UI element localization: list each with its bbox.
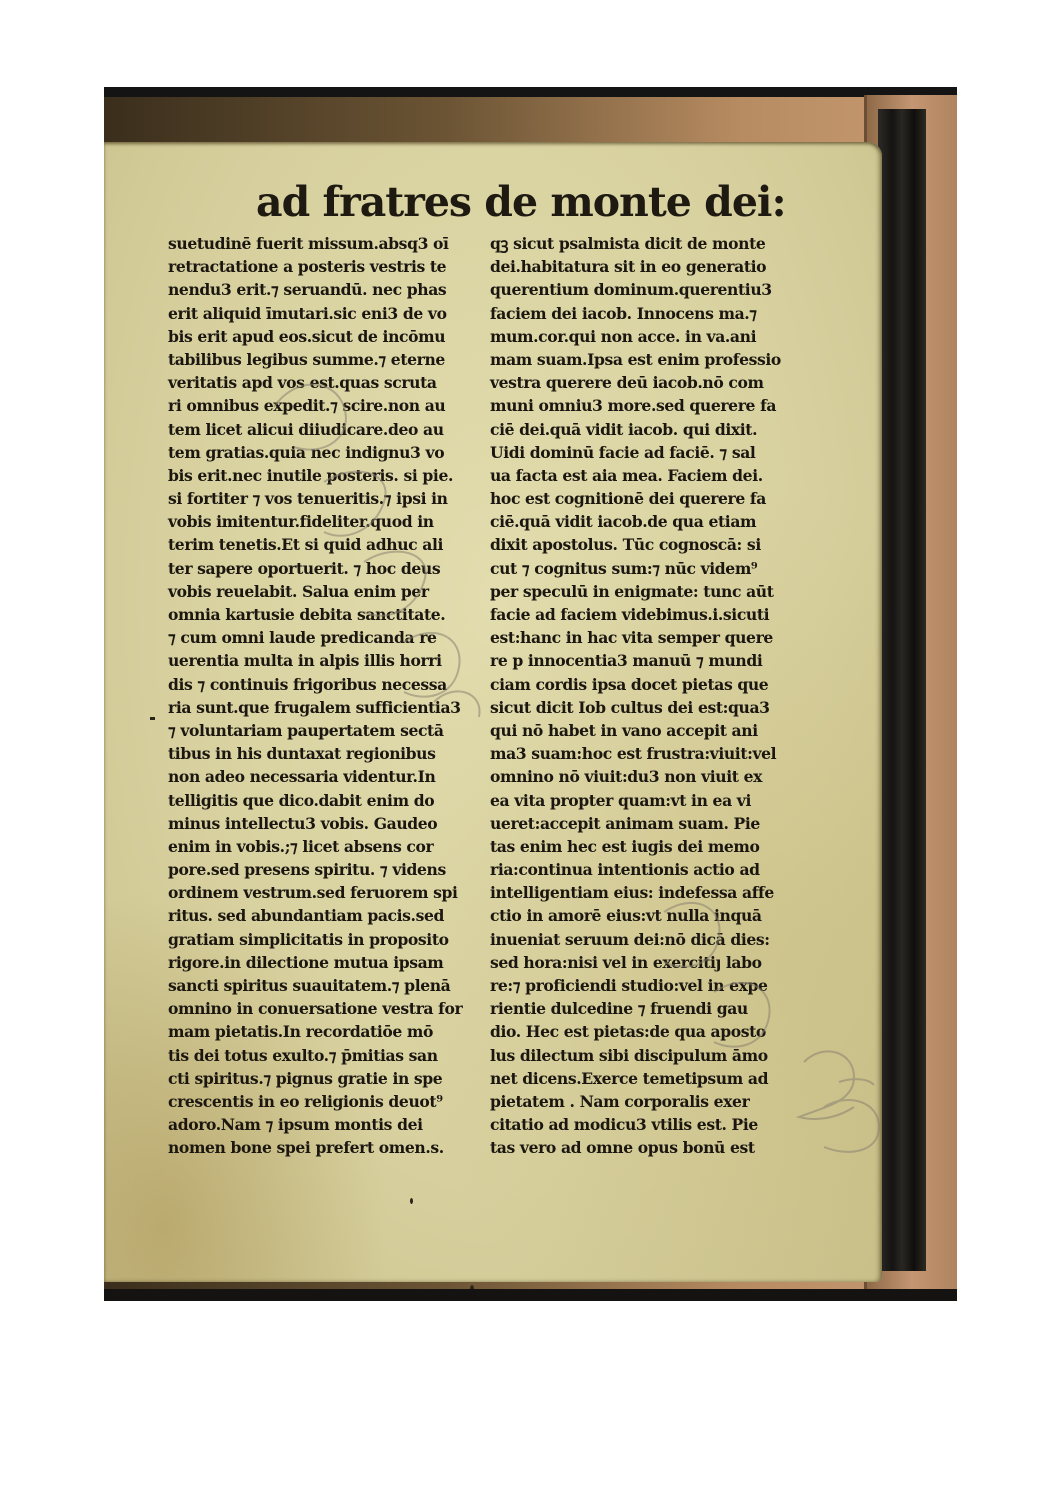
text-line: nendu3 erit.⁊ seruandū. nec phas (168, 278, 486, 301)
text-line: mam pietatis.In recordatiōe mō (168, 1020, 486, 1043)
text-line: dis ⁊ continuis frigoribus necessa (168, 673, 486, 696)
text-line: cut ⁊ cognitus sum:⁊ nūc videm⁹ (490, 557, 830, 580)
text-column-right: qꝫ sicut psalmista dicit de montedei.hab… (490, 232, 830, 1160)
text-line: re p innocentia3 manuū ⁊ mundi (490, 649, 830, 672)
text-line: mum.cor.qui non acce. in va.ani (490, 325, 830, 348)
text-line: tis dei totus exulto.⁊ p̄mitias san (168, 1044, 486, 1067)
text-line: ua facta est aia mea. Faciem dei. (490, 464, 830, 487)
text-line: si fortiter ⁊ vos tenueritis.⁊ ipsi in (168, 487, 486, 510)
text-line: rigore.in dilectione mutua ipsam (168, 951, 486, 974)
text-line: suetudinē fuerit missum.absq3 oī (168, 232, 486, 255)
text-line: vestra querere deū iacob.nō com (490, 371, 830, 394)
text-line: vobis reuelabit. Salua enim per (168, 580, 486, 603)
text-line: intelligentiam eius: indefessa affe (490, 881, 830, 904)
text-line: dei.habitatura sit in eo generatio (490, 255, 830, 278)
text-line: ciam cordis ipsa docet pietas que (490, 673, 830, 696)
text-line: tabilibus legibus summe.⁊ eterne (168, 348, 486, 371)
text-line: re:⁊ proficiendi studio:vel in expe (490, 974, 830, 997)
text-line: qꝫ sicut psalmista dicit de monte (490, 232, 830, 255)
text-line: crescentis in eo religionis deuot⁹ (168, 1090, 486, 1113)
text-line: tas vero ad omne opus bonū est (490, 1136, 830, 1159)
running-head: ad fratres de monte dei: (256, 178, 716, 226)
text-line: inueniat seruum dei:nō dicā dies: (490, 928, 830, 951)
text-line: ri omnibus expedit.⁊ scire.non au (168, 394, 486, 417)
text-line: nomen bone spei prefert omen.s. (168, 1136, 486, 1159)
text-line: hoc est cognitionē dei querere fa (490, 487, 830, 510)
text-line: ria:continua intentionis actio ad (490, 858, 830, 881)
text-line: facie ad faciem videbimus.i.sicuti (490, 603, 830, 626)
text-line: citatio ad modicu3 vtilis est. Pie (490, 1113, 830, 1136)
text-line: ma3 suam:hoc est frustra:viuit:vel (490, 742, 830, 765)
text-line: retractatione a posteris vestris te (168, 255, 486, 278)
text-line: per speculū in enigmate: tunc aūt (490, 580, 830, 603)
ink-spot (410, 1198, 413, 1204)
text-line: terim tenetis.Et si quid adhuc ali (168, 533, 486, 556)
text-line: querentium dominum.querentiu3 (490, 278, 830, 301)
text-line: ter sapere oportuerit. ⁊ hoc deus (168, 557, 486, 580)
text-line: bis erit.nec inutile posteris. si pie. (168, 464, 486, 487)
scan-bottom-edge (104, 1289, 957, 1301)
text-line: ea vita propter quam:vt in ea vi (490, 789, 830, 812)
text-line: gratiam simplicitatis in proposito (168, 928, 486, 951)
text-line: cti spiritus.⁊ pignus gratie in spe (168, 1067, 486, 1090)
text-line: minus intellectu3 vobis. Gaudeo (168, 812, 486, 835)
text-line: ⁊ cum omni laude predicanda re (168, 626, 486, 649)
text-line: pietatem . Nam corporalis exer (490, 1090, 830, 1113)
text-line: tibus in his duntaxat regionibus (168, 742, 486, 765)
text-line: dixit apostolus. Tūc cognoscā: si (490, 533, 830, 556)
margin-mark (150, 717, 155, 720)
text-line: lus dilectum sibi discipulum āmo (490, 1044, 830, 1067)
text-line: net dicens.Exerce temetipsum ad (490, 1067, 830, 1090)
text-line: adoro.Nam ⁊ ipsum montis dei (168, 1113, 486, 1136)
text-line: ritus. sed abundantiam pacis.sed (168, 904, 486, 927)
text-line: erit aliquid īmutari.sic eni3 de vo (168, 302, 486, 325)
text-line: uerentia multa in alpis illis horri (168, 649, 486, 672)
text-line: ciē dei.quā vidit iacob. qui dixit. (490, 418, 830, 441)
text-line: sed hora:nisi vel in exercitiȷ labo (490, 951, 830, 974)
scanned-book-photo: ad fratres de monte dei: suetudinē fueri… (104, 87, 957, 1301)
text-line: dio. Hec est pietas:de qua aposto (490, 1020, 830, 1043)
book-page: ad fratres de monte dei: suetudinē fueri… (104, 142, 882, 1282)
text-line: sicut dicit Iob cultus dei est:qua3 (490, 696, 830, 719)
text-line: faciem dei iacob. Innocens ma.⁊ (490, 302, 830, 325)
text-line: bis erit apud eos.sicut de incōmu (168, 325, 486, 348)
text-line: rientie dulcedine ⁊ fruendi gau (490, 997, 830, 1020)
text-line: sancti spiritus suauitatem.⁊ plenā (168, 974, 486, 997)
text-column-left: suetudinē fuerit missum.absq3 oīretracta… (168, 232, 486, 1160)
text-line: tem licet alicui diiudicare.deo au (168, 418, 486, 441)
text-line: ria sunt.que frugalem sufficientia3 (168, 696, 486, 719)
text-line: ctio in amorē eius:vt nulla inquā (490, 904, 830, 927)
text-line: ueret:accepit animam suam. Pie (490, 812, 830, 835)
text-line: enim in vobis.;⁊ licet absens cor (168, 835, 486, 858)
text-line: tas enim hec est iugis dei memo (490, 835, 830, 858)
text-line: est:hanc in hac vita semper quere (490, 626, 830, 649)
text-line: vobis imitentur.fideliter.quod in (168, 510, 486, 533)
text-line: pore.sed presens spiritu. ⁊ videns (168, 858, 486, 881)
text-line: non adeo necessaria videntur.In (168, 765, 486, 788)
text-line: ordinem vestrum.sed feruorem spi (168, 881, 486, 904)
text-line: tem gratias.quia nec indignu3 vo (168, 441, 486, 464)
text-line: qui nō habet in vano accepit ani (490, 719, 830, 742)
text-line: omnino in conuersatione vestra for (168, 997, 486, 1020)
text-line: omnia kartusie debita sanctitate. (168, 603, 486, 626)
text-line: omnino nō viuit:du3 non viuit ex (490, 765, 830, 788)
text-line: Uidi dominū facie ad faciē. ⁊ sal (490, 441, 830, 464)
text-line: telligitis que dico.dabit enim do (168, 789, 486, 812)
text-line: muni omniu3 more.sed querere fa (490, 394, 830, 417)
text-line: veritatis apd vos est.quas scruta (168, 371, 486, 394)
text-line: ciē.quā vidit iacob.de qua etiam (490, 510, 830, 533)
text-line: ⁊ voluntariam paupertatem sectā (168, 719, 486, 742)
page-fore-edge (878, 109, 926, 1271)
text-line: mam suam.Ipsa est enim professio (490, 348, 830, 371)
